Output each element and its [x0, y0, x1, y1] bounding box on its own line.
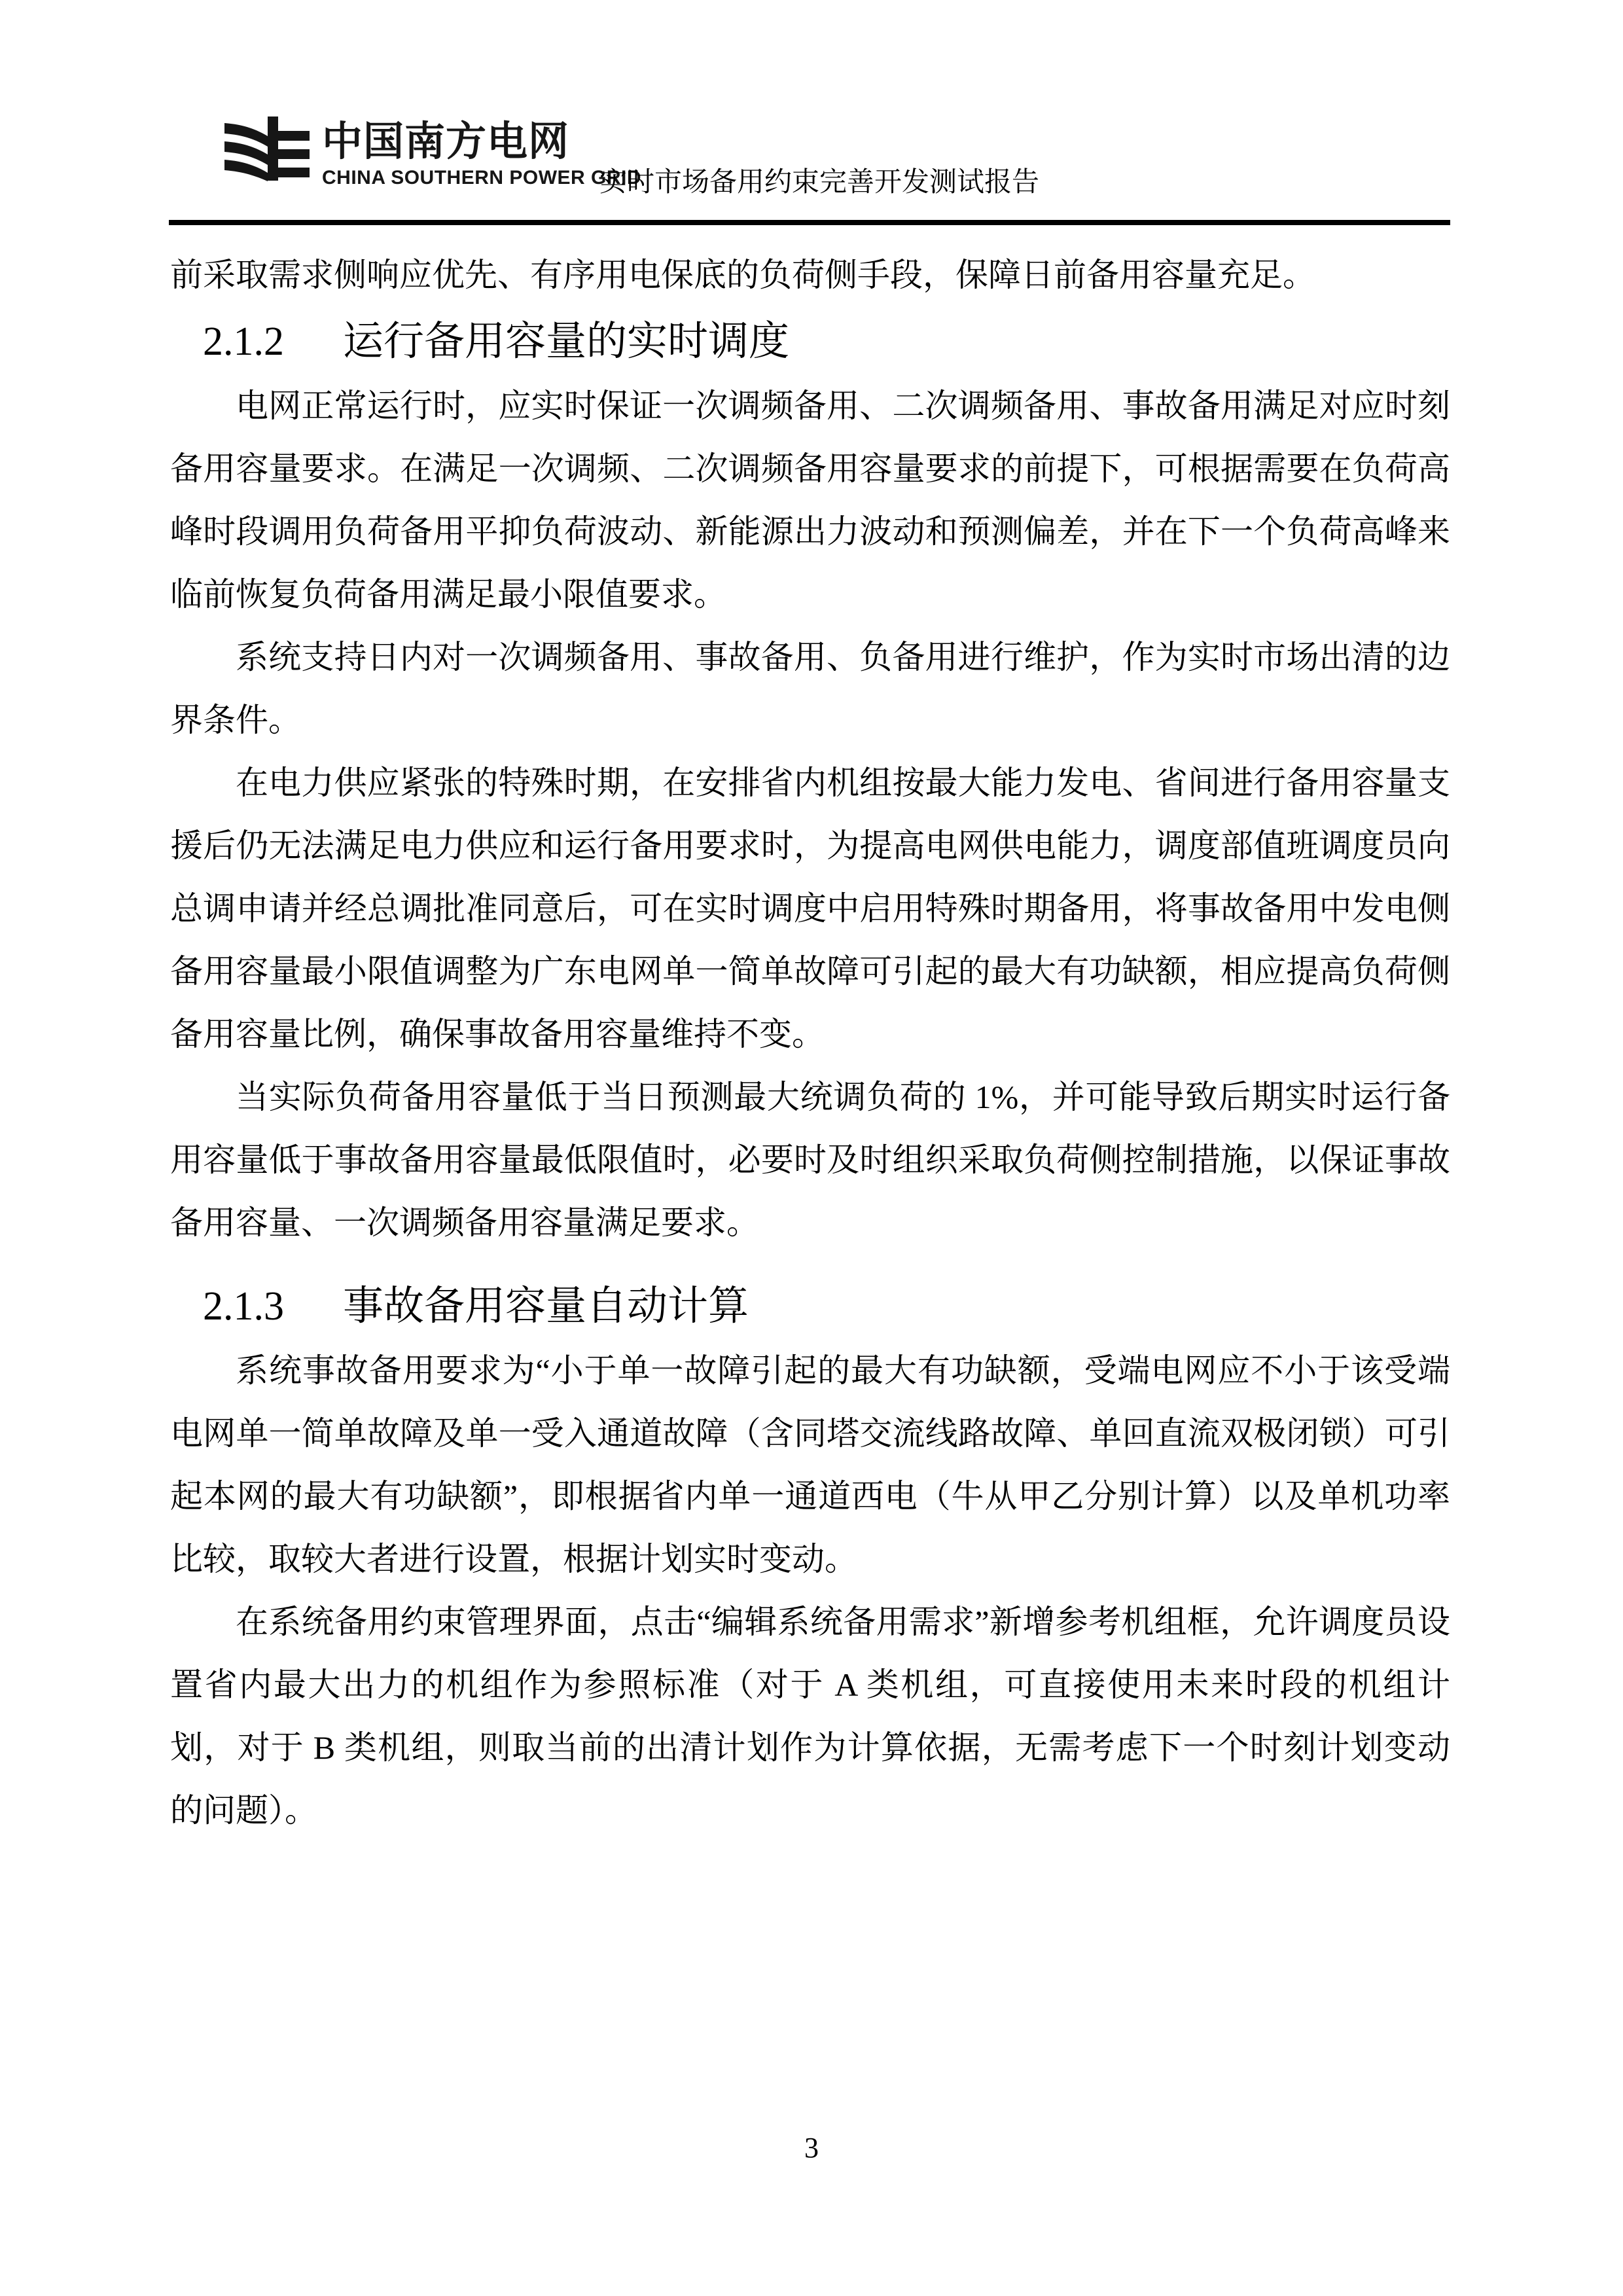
section-heading-2-1-3: 2.1.3 事故备用容量自动计算 — [170, 1274, 1450, 1339]
paragraph: 在电力供应紧张的特殊时期，在安排省内机组按最大能力发电、省间进行备用容量支援后仍… — [170, 751, 1450, 1066]
paragraph: 当实际负荷备用容量低于当日预测最大统调负荷的 1%，并可能导致后期实时运行备用容… — [170, 1066, 1450, 1254]
heading-number: 2.1.3 — [203, 1274, 284, 1339]
logo-name-zh: 中国南方电网 — [322, 118, 688, 166]
continuation-paragraph: 前采取需求侧响应优先、有序用电保底的负荷侧手段，保障日前备用容量充足。 — [170, 243, 1450, 306]
heading-title: 事故备用容量自动计算 — [343, 1274, 749, 1339]
section-heading-2-1-2: 2.1.2 运行备用容量的实时调度 — [170, 309, 1450, 374]
document-body: 前采取需求侧响应优先、有序用电保底的负荷侧手段，保障日前备用容量充足。 2.1.… — [170, 243, 1450, 1842]
page-number: 3 — [0, 2131, 1623, 2165]
document-header-title: 实时市场备用约束完善开发测试报告 — [599, 166, 1039, 199]
paragraph: 电网正常运行时，应实时保证一次调频备用、二次调频备用、事故备用满足对应时刻备用容… — [170, 374, 1450, 626]
csg-logo-icon — [224, 117, 310, 182]
paragraph: 在系统备用约束管理界面，点击“编辑系统备用需求”新增参考机组框，允许调度员设置省… — [170, 1590, 1450, 1842]
document-page: 中国南方电网 CHINA SOUTHERN POWER GRID 实时市场备用约… — [0, 0, 1623, 2296]
header-divider — [169, 220, 1450, 225]
paragraph: 系统事故备用要求为“小于单一故障引起的最大有功缺额，受端电网应不小于该受端电网单… — [170, 1339, 1450, 1590]
heading-number: 2.1.2 — [203, 309, 284, 374]
paragraph: 系统支持日内对一次调频备用、事故备用、负备用进行维护，作为实时市场出清的边界条件… — [170, 626, 1450, 751]
heading-title: 运行备用容量的实时调度 — [343, 309, 789, 374]
